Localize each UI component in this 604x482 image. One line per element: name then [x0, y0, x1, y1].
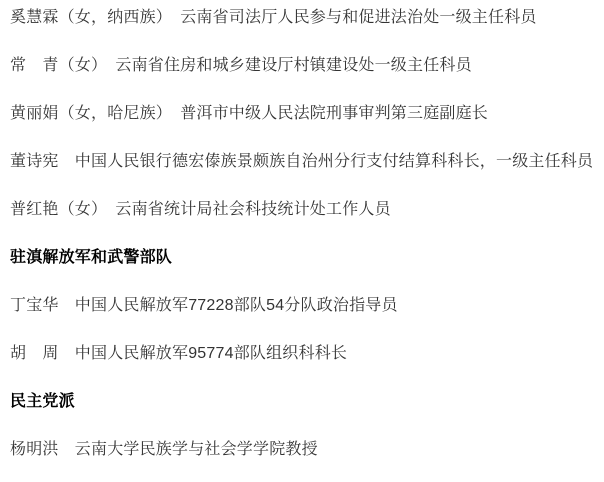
appointee-entry: 黄丽娟（女，哈尼族） 普洱市中级人民法院刑事审判第三庭副庭长	[10, 102, 594, 126]
section-heading-military: 驻滇解放军和武警部队	[10, 246, 594, 270]
appointee-entry: 常 青（女） 云南省住房和城乡建设厅村镇建设处一级主任科员	[10, 54, 594, 78]
appointee-entry: 普红艳（女） 云南省统计局社会科技统计处工作人员	[10, 198, 594, 222]
appointee-entry: 董诗宪 中国人民银行德宏傣族景颇族自治州分行支付结算科科长，一级主任科员	[10, 150, 594, 174]
appointee-entry: 胡 周 中国人民解放军95774部队组织科科长	[10, 342, 594, 366]
appointee-entry: 丁宝华 中国人民解放军77228部队54分队政治指导员	[10, 294, 594, 318]
appointee-entry: 杨明洪 云南大学民族学与社会学学院教授	[10, 438, 594, 462]
appointee-entry: 奚慧霖（女，纳西族） 云南省司法厅人民参与和促进法治处一级主任科员	[10, 6, 594, 30]
document-body: 奚慧霖（女，纳西族） 云南省司法厅人民参与和促进法治处一级主任科员 常 青（女）…	[0, 0, 604, 482]
section-heading-democratic-parties: 民主党派	[10, 390, 594, 414]
